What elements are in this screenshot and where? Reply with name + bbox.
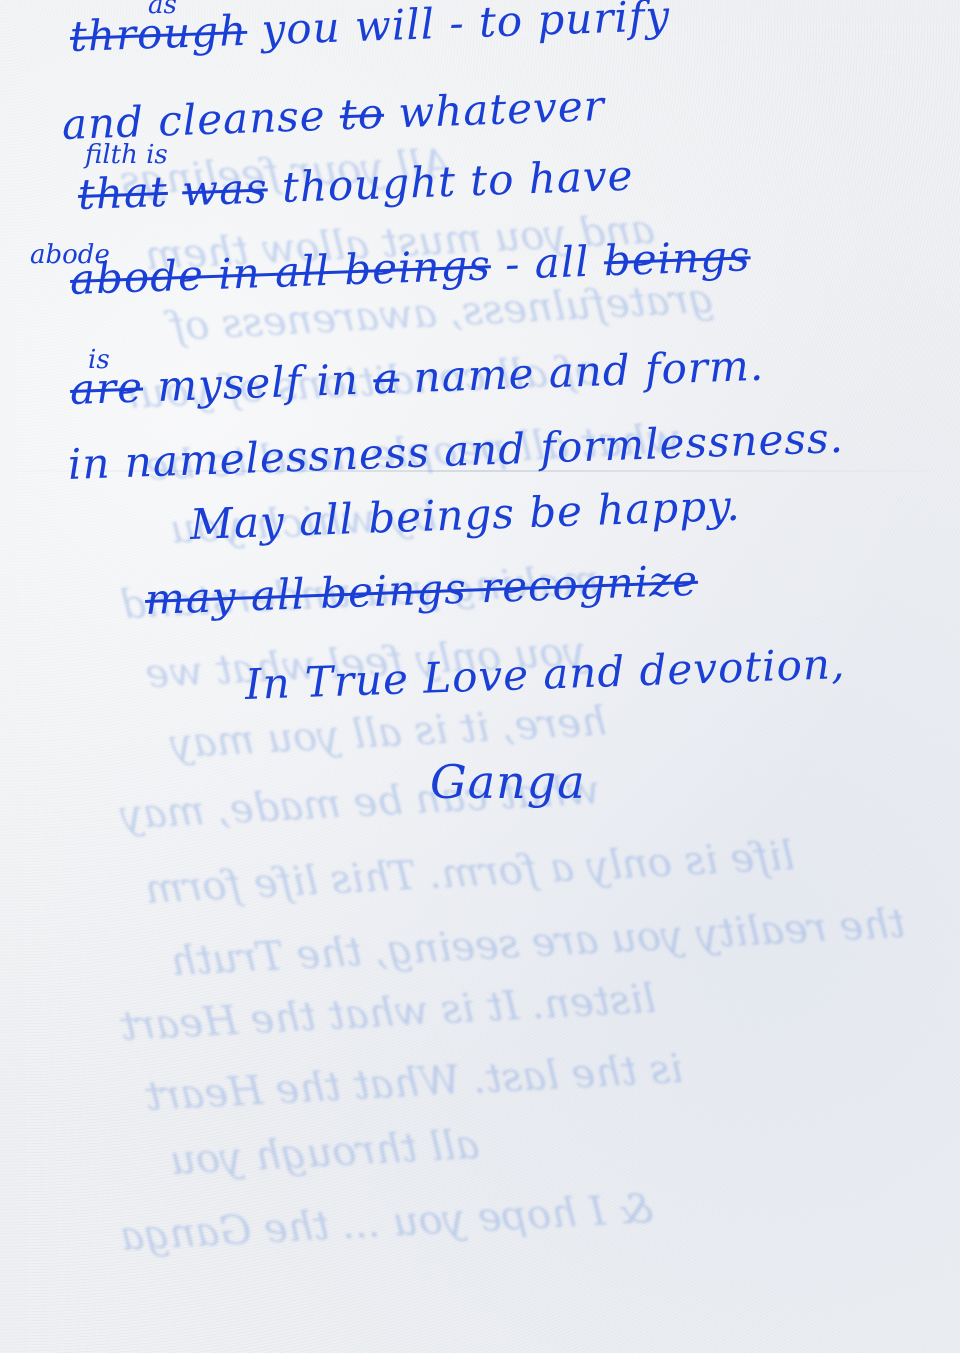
struck-text: that [77, 167, 169, 219]
line-text: whatever [383, 81, 605, 138]
struck-text: beings [603, 231, 751, 285]
struck-text: to [339, 89, 385, 140]
insertion-text: as [148, 0, 177, 20]
insertion-text: abode [30, 240, 110, 270]
struck-text: a [372, 354, 400, 404]
letter-line: Ganga [430, 755, 586, 809]
insertion-text: filth is [85, 140, 168, 170]
line-text: - all [490, 236, 605, 289]
line-text: myself in [142, 354, 374, 411]
line-text: Ganga [430, 755, 586, 809]
struck-text: was [181, 163, 268, 215]
insertion-text: is [88, 345, 110, 375]
